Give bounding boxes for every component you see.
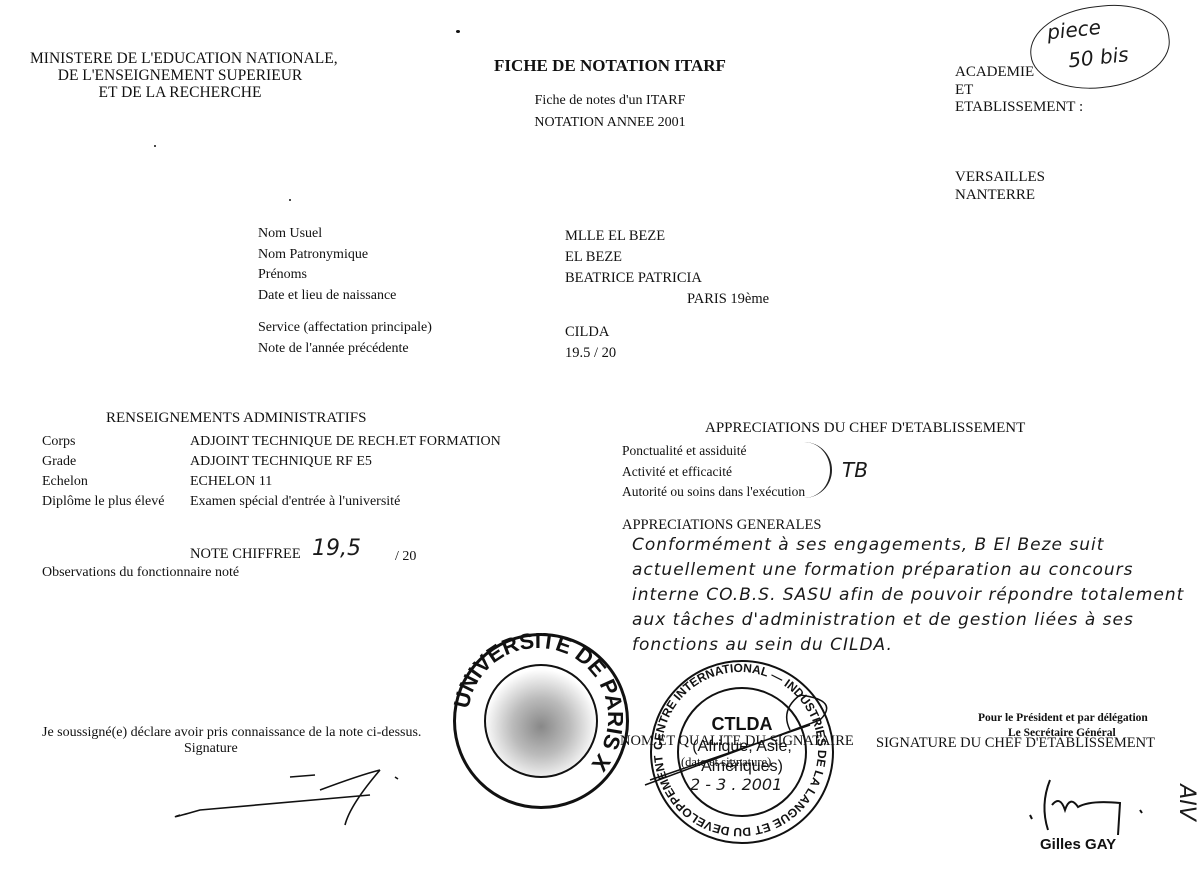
chef-signature — [1020, 775, 1150, 840]
admin-label: Corps — [42, 432, 190, 452]
label-nom-usuel: Nom Usuel — [258, 224, 432, 245]
stamp-ring-text: UNIVERSITE DE PARIS X — [453, 633, 623, 803]
subtitle-line: Fiche de notes d'un ITARF — [480, 90, 740, 112]
identity-labels: Nom Usuel Nom Patronymique Prénoms Date … — [258, 224, 432, 359]
value-prenoms: BEATRICE PATRICIA — [565, 268, 769, 289]
criterion-activite: Activité et efficacité — [622, 462, 805, 483]
chef-criteria: Ponctualité et assiduité Activité et eff… — [622, 441, 805, 503]
establishment-value: NANTERRE — [955, 186, 1045, 204]
document-subtitle: Fiche de notes d'un ITARF NOTATION ANNEE… — [480, 90, 740, 134]
speck — [154, 145, 156, 147]
academy-label-1: ACADEMIE — [955, 64, 1083, 82]
admin-row-echelon: EchelonECHELON 11 — [42, 472, 501, 492]
chef-heading: APPRECIATIONS DU CHEF D'ETABLISSEMENT — [705, 420, 1025, 437]
admin-row-corps: CorpsADJOINT TECHNIQUE DE RECH.ET FORMAT… — [42, 432, 501, 452]
speck — [289, 199, 291, 201]
document-title: FICHE DE NOTATION ITARF — [480, 56, 740, 76]
admin-heading: RENSEIGNEMENTS ADMINISTRATIFS — [106, 410, 366, 427]
general-appreciation-text: Conformément à ses engagements, B El Bez… — [632, 533, 1192, 658]
academy-value: VERSAILLES — [955, 168, 1045, 186]
admin-value: ADJOINT TECHNIQUE DE RECH.ET FORMATION — [190, 432, 501, 452]
secretary-title: Le Secrétaire Général — [1008, 727, 1116, 739]
signature-label: Signature — [184, 741, 238, 757]
ministry-header: MINISTERE DE L'EDUCATION NATIONALE, DE L… — [30, 50, 330, 101]
margin-annotation: AIV — [1174, 784, 1199, 821]
value-nom-usuel: MLLE EL BEZE — [565, 226, 769, 247]
criterion-autorite: Autorité ou soins dans l'exécution — [622, 482, 805, 503]
criteria-mark: TB — [842, 458, 868, 482]
label-nom-patronymique: Nom Patronymique — [258, 245, 432, 266]
declaration-text: Je soussigné(e) déclare avoir pris conna… — [42, 725, 421, 741]
admin-label: Grade — [42, 452, 190, 472]
admin-row-diplome: Diplôme le plus élevéExamen spécial d'en… — [42, 492, 501, 512]
label-service: Service (affectation principale) — [258, 318, 432, 339]
piece-note-line-1: piece — [1046, 15, 1102, 44]
academy-label-2: ET — [955, 82, 1083, 100]
value-note-precedente: 19.5 / 20 — [565, 343, 769, 364]
speck — [456, 30, 460, 33]
academy-values: VERSAILLES NANTERRE — [955, 168, 1045, 204]
universite-paris-stamp: UNIVERSITE DE PARIS X — [453, 633, 629, 809]
label-prenoms: Prénoms — [258, 265, 432, 286]
admin-label: Diplôme le plus élevé — [42, 492, 190, 512]
note-value: 19,5 — [312, 536, 361, 561]
admin-row-grade: GradeADJOINT TECHNIQUE RF E5 — [42, 452, 501, 472]
notation-year: NOTATION ANNEE 2001 — [480, 112, 740, 134]
ctlda-signature — [640, 680, 860, 790]
ministry-line-1: MINISTERE DE L'EDUCATION NATIONALE, — [30, 50, 330, 67]
ministry-line-2: DE L'ENSEIGNEMENT SUPERIEUR — [30, 67, 330, 84]
criterion-ponctualite: Ponctualité et assiduité — [622, 441, 805, 462]
employee-signature — [170, 765, 410, 825]
signatory-name: Gilles GAY — [1040, 836, 1116, 853]
admin-value: Examen spécial d'entrée à l'université — [190, 492, 400, 512]
label-note-precedente: Note de l'année précédente — [258, 339, 432, 360]
identity-values: MLLE EL BEZE EL BEZE BEATRICE PATRICIA P… — [565, 226, 769, 364]
academy-labels: ACADEMIE ET ETABLISSEMENT : — [955, 64, 1083, 117]
value-naissance: PARIS 19ème — [565, 289, 769, 310]
admin-value: ADJOINT TECHNIQUE RF E5 — [190, 452, 372, 472]
value-nom-patronymique: EL BEZE — [565, 247, 769, 268]
observations-label: Observations du fonctionnaire noté — [42, 565, 239, 581]
admin-table: CorpsADJOINT TECHNIQUE DE RECH.ET FORMAT… — [42, 432, 501, 512]
value-service: CILDA — [565, 322, 769, 343]
general-heading: APPRECIATIONS GENERALES — [622, 517, 821, 534]
svg-text:UNIVERSITE DE PARIS X: UNIVERSITE DE PARIS X — [453, 633, 623, 776]
note-label: NOTE CHIFFREE — [190, 546, 301, 563]
label-naissance: Date et lieu de naissance — [258, 286, 432, 307]
delegation-line: Pour le Président et par délégation — [978, 712, 1148, 724]
admin-label: Echelon — [42, 472, 190, 492]
ministry-line-3: ET DE LA RECHERCHE — [30, 84, 330, 101]
note-denominator: / 20 — [395, 549, 416, 565]
admin-value: ECHELON 11 — [190, 472, 272, 492]
brace-mark — [790, 442, 832, 498]
academy-label-3: ETABLISSEMENT : — [955, 99, 1083, 117]
